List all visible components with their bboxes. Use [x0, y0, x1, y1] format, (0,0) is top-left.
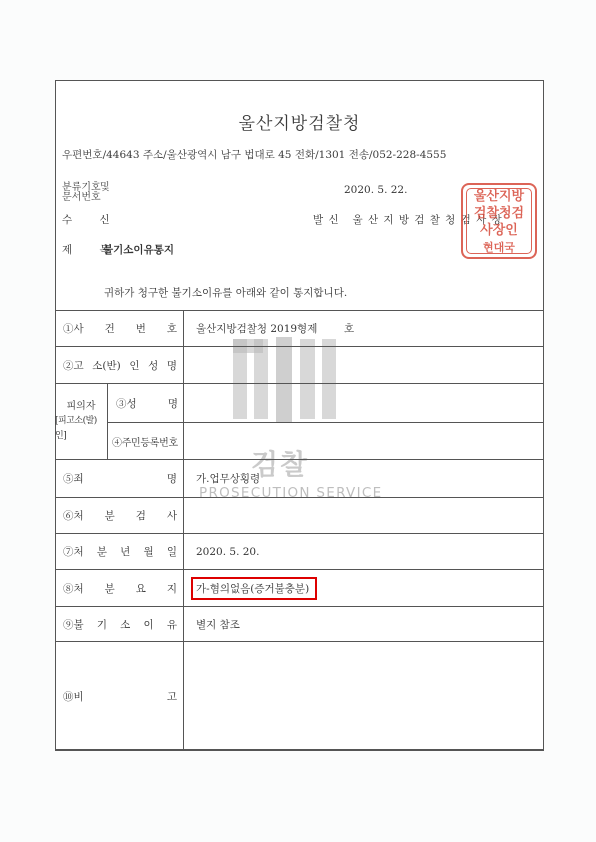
suspect-id-value [183, 422, 544, 460]
classification-line2: 문서번호 [62, 193, 101, 203]
prosecutor-value [183, 498, 544, 533]
table-row-disposition-summary: ⑧처분요지 가-혐의없음(증거불충분) [55, 569, 544, 606]
table-row-remarks: ⑩비고 [55, 641, 544, 751]
remarks-value [183, 642, 544, 750]
table-row-prosecutor: ⑥처분검사 [55, 497, 544, 533]
case-number-value: 울산지방검찰청 2019형제 호 [183, 311, 544, 346]
row-label: ⑤죄명 [55, 460, 183, 497]
seal-row: 검찰청검 [467, 206, 531, 222]
complainant-name-value [183, 347, 544, 383]
subject-value: 불기소이유통지 [103, 242, 174, 257]
suspect-name-label: ③성명 [107, 384, 183, 422]
classification-label: 분류기호 문서번호 및 [62, 183, 101, 203]
charge-value: 가.업무상횡령 [183, 460, 544, 497]
row-label: ⑥처분검사 [55, 498, 183, 533]
seal-row: 울산지방 [467, 189, 531, 205]
disposition-summary-highlight: 가-혐의없음(증거불충분) [191, 577, 317, 600]
suspect-name-value [183, 384, 544, 422]
address-line: 우편번호/44643 주소/울산광역시 남구 법대로 45 전화/1301 전송… [62, 147, 446, 162]
suspect-group-label: 피의자 [피고소(발)인] [55, 384, 107, 459]
row-label: ⑨불기소이유 [55, 607, 183, 641]
table-row-charge: ⑤죄명 가.업무상횡령 [55, 459, 544, 497]
row-label: ②고소(반)인성명 [55, 347, 183, 383]
suspect-id-label: ④주민등록번호 [107, 422, 183, 460]
row-label: ⑩비고 [55, 642, 183, 750]
recipient-label: 수 신 [62, 212, 122, 227]
row-label: ①사건번호 [55, 311, 183, 346]
disposition-summary-cell: 가-혐의없음(증거불충분) [183, 570, 544, 606]
seal-row: 사장인 [467, 223, 531, 239]
intro-text: 귀하가 청구한 불기소이유를 아래와 같이 통지합니다. [104, 285, 347, 300]
table-row-complainant-name: ②고소(반)인성명 [55, 346, 544, 383]
classification-and: 및 [100, 183, 110, 193]
table-row-case-number: ①사건번호 울산지방검찰청 2019형제 호 [55, 310, 544, 346]
document-frame: 울산지방검찰청 우편번호/44643 주소/울산광역시 남구 법대로 45 전화… [55, 80, 544, 750]
official-seal-icon: 울산지방 검찰청검 사장인 현대국 [461, 183, 537, 259]
document-date: 2020. 5. 22. [344, 184, 407, 196]
agency-title: 울산지방검찰청 [56, 109, 543, 134]
seal-row: 현대국 [467, 240, 531, 256]
row-label: ⑦처분년월일 [55, 534, 183, 569]
row-label: ⑧처분요지 [55, 570, 183, 606]
disposition-date-value: 2020. 5. 20. [183, 534, 544, 569]
table-row-suspect: 피의자 [피고소(발)인] ③성명 ④주민등록번호 [55, 383, 544, 459]
table-row-disposition-date: ⑦처분년월일 2020. 5. 20. [55, 533, 544, 569]
non-indictment-reason-value: 별지 참조 [183, 607, 544, 641]
table-row-non-indictment-reason: ⑨불기소이유 별지 참조 [55, 606, 544, 641]
